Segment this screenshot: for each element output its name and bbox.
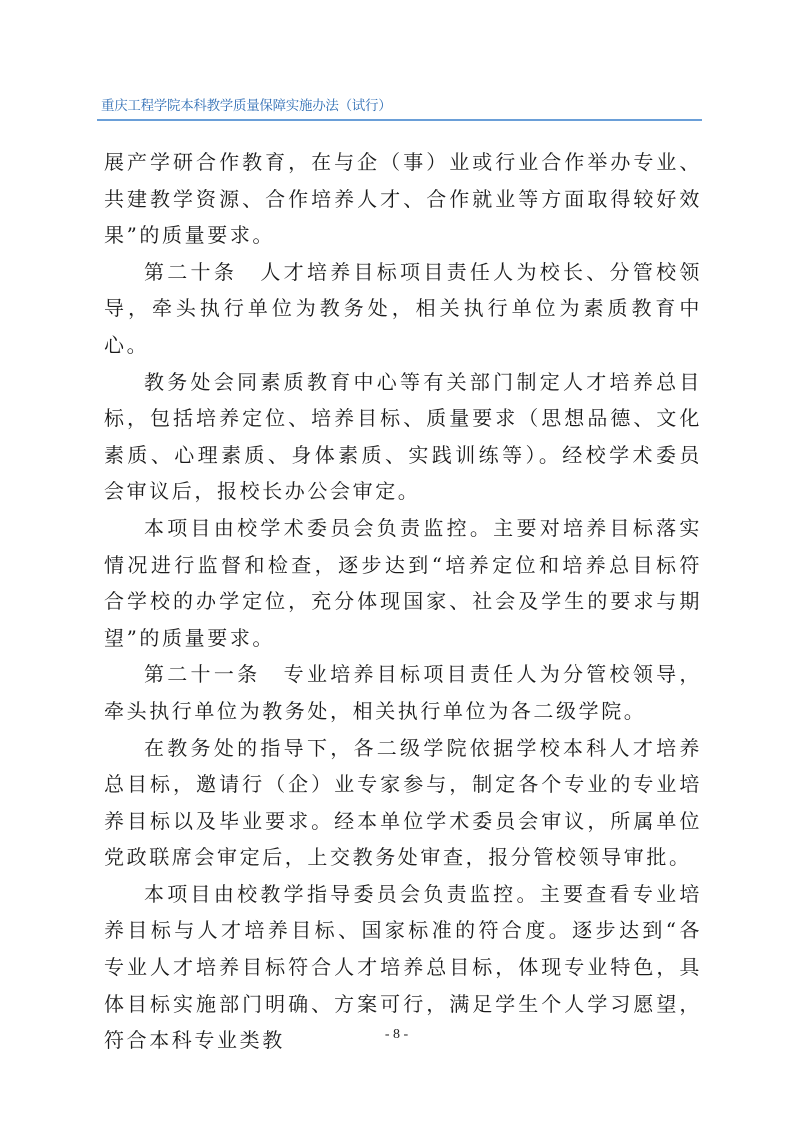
running-header-title: 重庆工程学院本科教学质量保障实施办法（试行）: [101, 94, 391, 114]
document-body: 展产学研合作教育，在与企（事）业或行业合作举办专业、共建教学资源、合作培养人才、…: [104, 144, 702, 1059]
paragraph-continuation: 展产学研合作教育，在与企（事）业或行业合作举办专业、共建教学资源、合作培养人才、…: [104, 144, 702, 254]
header-divider: [97, 119, 702, 121]
paragraph: 教务处会同素质教育中心等有关部门制定人才培养总目标，包括培养定位、培养目标、质量…: [104, 364, 702, 510]
paragraph-article-21: 第二十一条 专业培养目标项目责任人为分管校领导，牵头执行单位为教务处，相关执行单…: [104, 656, 702, 729]
paragraph: 本项目由校学术委员会负责监控。主要对培养目标落实情况进行监督和检查，逐步达到“培…: [104, 510, 702, 656]
page-number: - 8 -: [0, 1027, 793, 1043]
paragraph: 在教务处的指导下，各二级学院依据学校本科人才培养总目标，邀请行（企）业专家参与，…: [104, 730, 702, 876]
paragraph-article-20: 第二十条 人才培养目标项目责任人为校长、分管校领导，牵头执行单位为教务处，相关执…: [104, 254, 702, 364]
